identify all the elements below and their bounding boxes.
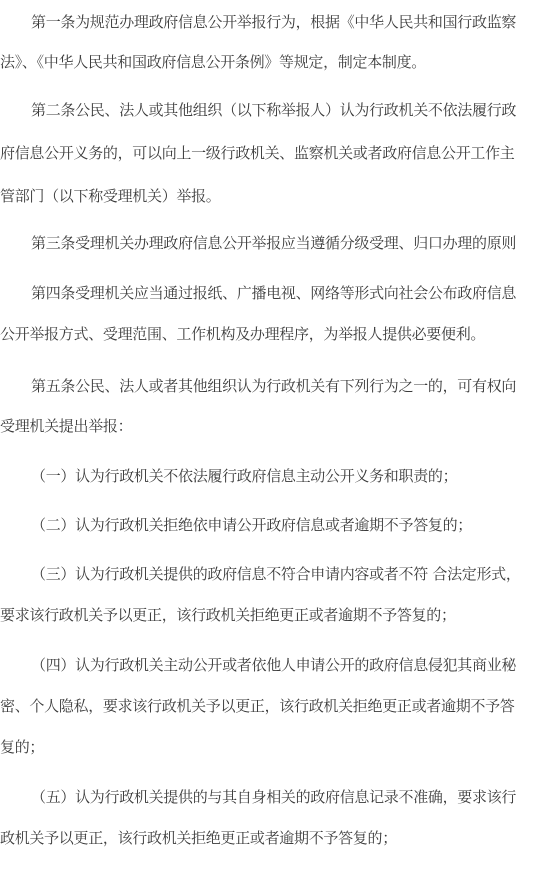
item-5-line-1: （五）认为行政机关提供的与其自身相关的政府信息记录不准确，要求该行 bbox=[31, 787, 516, 807]
article-4-line-1: 第四条受理机关应当通过报纸、广播电视、网络等形式向社会公布政府信息 bbox=[31, 283, 516, 303]
article-2-line-1: 第二条公民、法人或其他组织（以下称举报人）认为行政机关不依法履行政 bbox=[31, 100, 516, 120]
article-3-line-1: 第三条受理机关办理政府信息公开举报应当遵循分级受理、归口办理的原则 bbox=[31, 233, 516, 253]
article-5-line-2: 受理机关提出举报： bbox=[0, 416, 132, 436]
item-1-line-1: （一）认为行政机关不依法履行政府信息主动公开义务和职责的； bbox=[31, 466, 457, 486]
article-2-line-2: 府信息公开义务的，可以向上一级行政机关、监察机关或者政府信息公开工作主 bbox=[0, 143, 515, 163]
item-4-line-2: 密、个人隐私，要求该行政机关予以更正，该行政机关拒绝更正或者逾期不予答 bbox=[0, 696, 515, 716]
item-4-line-3: 复的； bbox=[0, 737, 44, 757]
item-3-line-2: 要求该行政机关予以更正，该行政机关拒绝更正或者逾期不予答复的； bbox=[0, 605, 456, 625]
item-2-line-1: （二）认为行政机关拒绝依申请公开政府信息或者逾期不予答复的； bbox=[31, 515, 472, 535]
item-5-line-2: 政机关予以更正，该行政机关拒绝更正或者逾期不予答复的； bbox=[0, 828, 397, 848]
article-5-line-1: 第五条公民、法人或者其他组织认为行政机关有下列行为之一的，可有权向 bbox=[31, 376, 516, 396]
article-2-line-3: 管部门（以下称受理机关）举报。 bbox=[0, 186, 221, 206]
article-1-line-1: 第一条为规范办理政府信息公开举报行为，根据《中华人民共和国行政监察 bbox=[31, 12, 516, 32]
item-3-line-1: （三）认为行政机关提供的政府信息不符合申请内容或者不符 合法定形式， bbox=[31, 564, 521, 584]
article-1-line-2: 法》、《中华人民共和国政府信息公开条例》等规定，制定本制度。 bbox=[0, 52, 426, 72]
article-4-line-2: 公开举报方式、受理范围、工作机构及办理程序，为举报人提供必要便利。 bbox=[0, 324, 485, 344]
item-4-line-1: （四）认为行政机关主动公开或者依他人申请公开的政府信息侵犯其商业秘 bbox=[31, 655, 516, 675]
